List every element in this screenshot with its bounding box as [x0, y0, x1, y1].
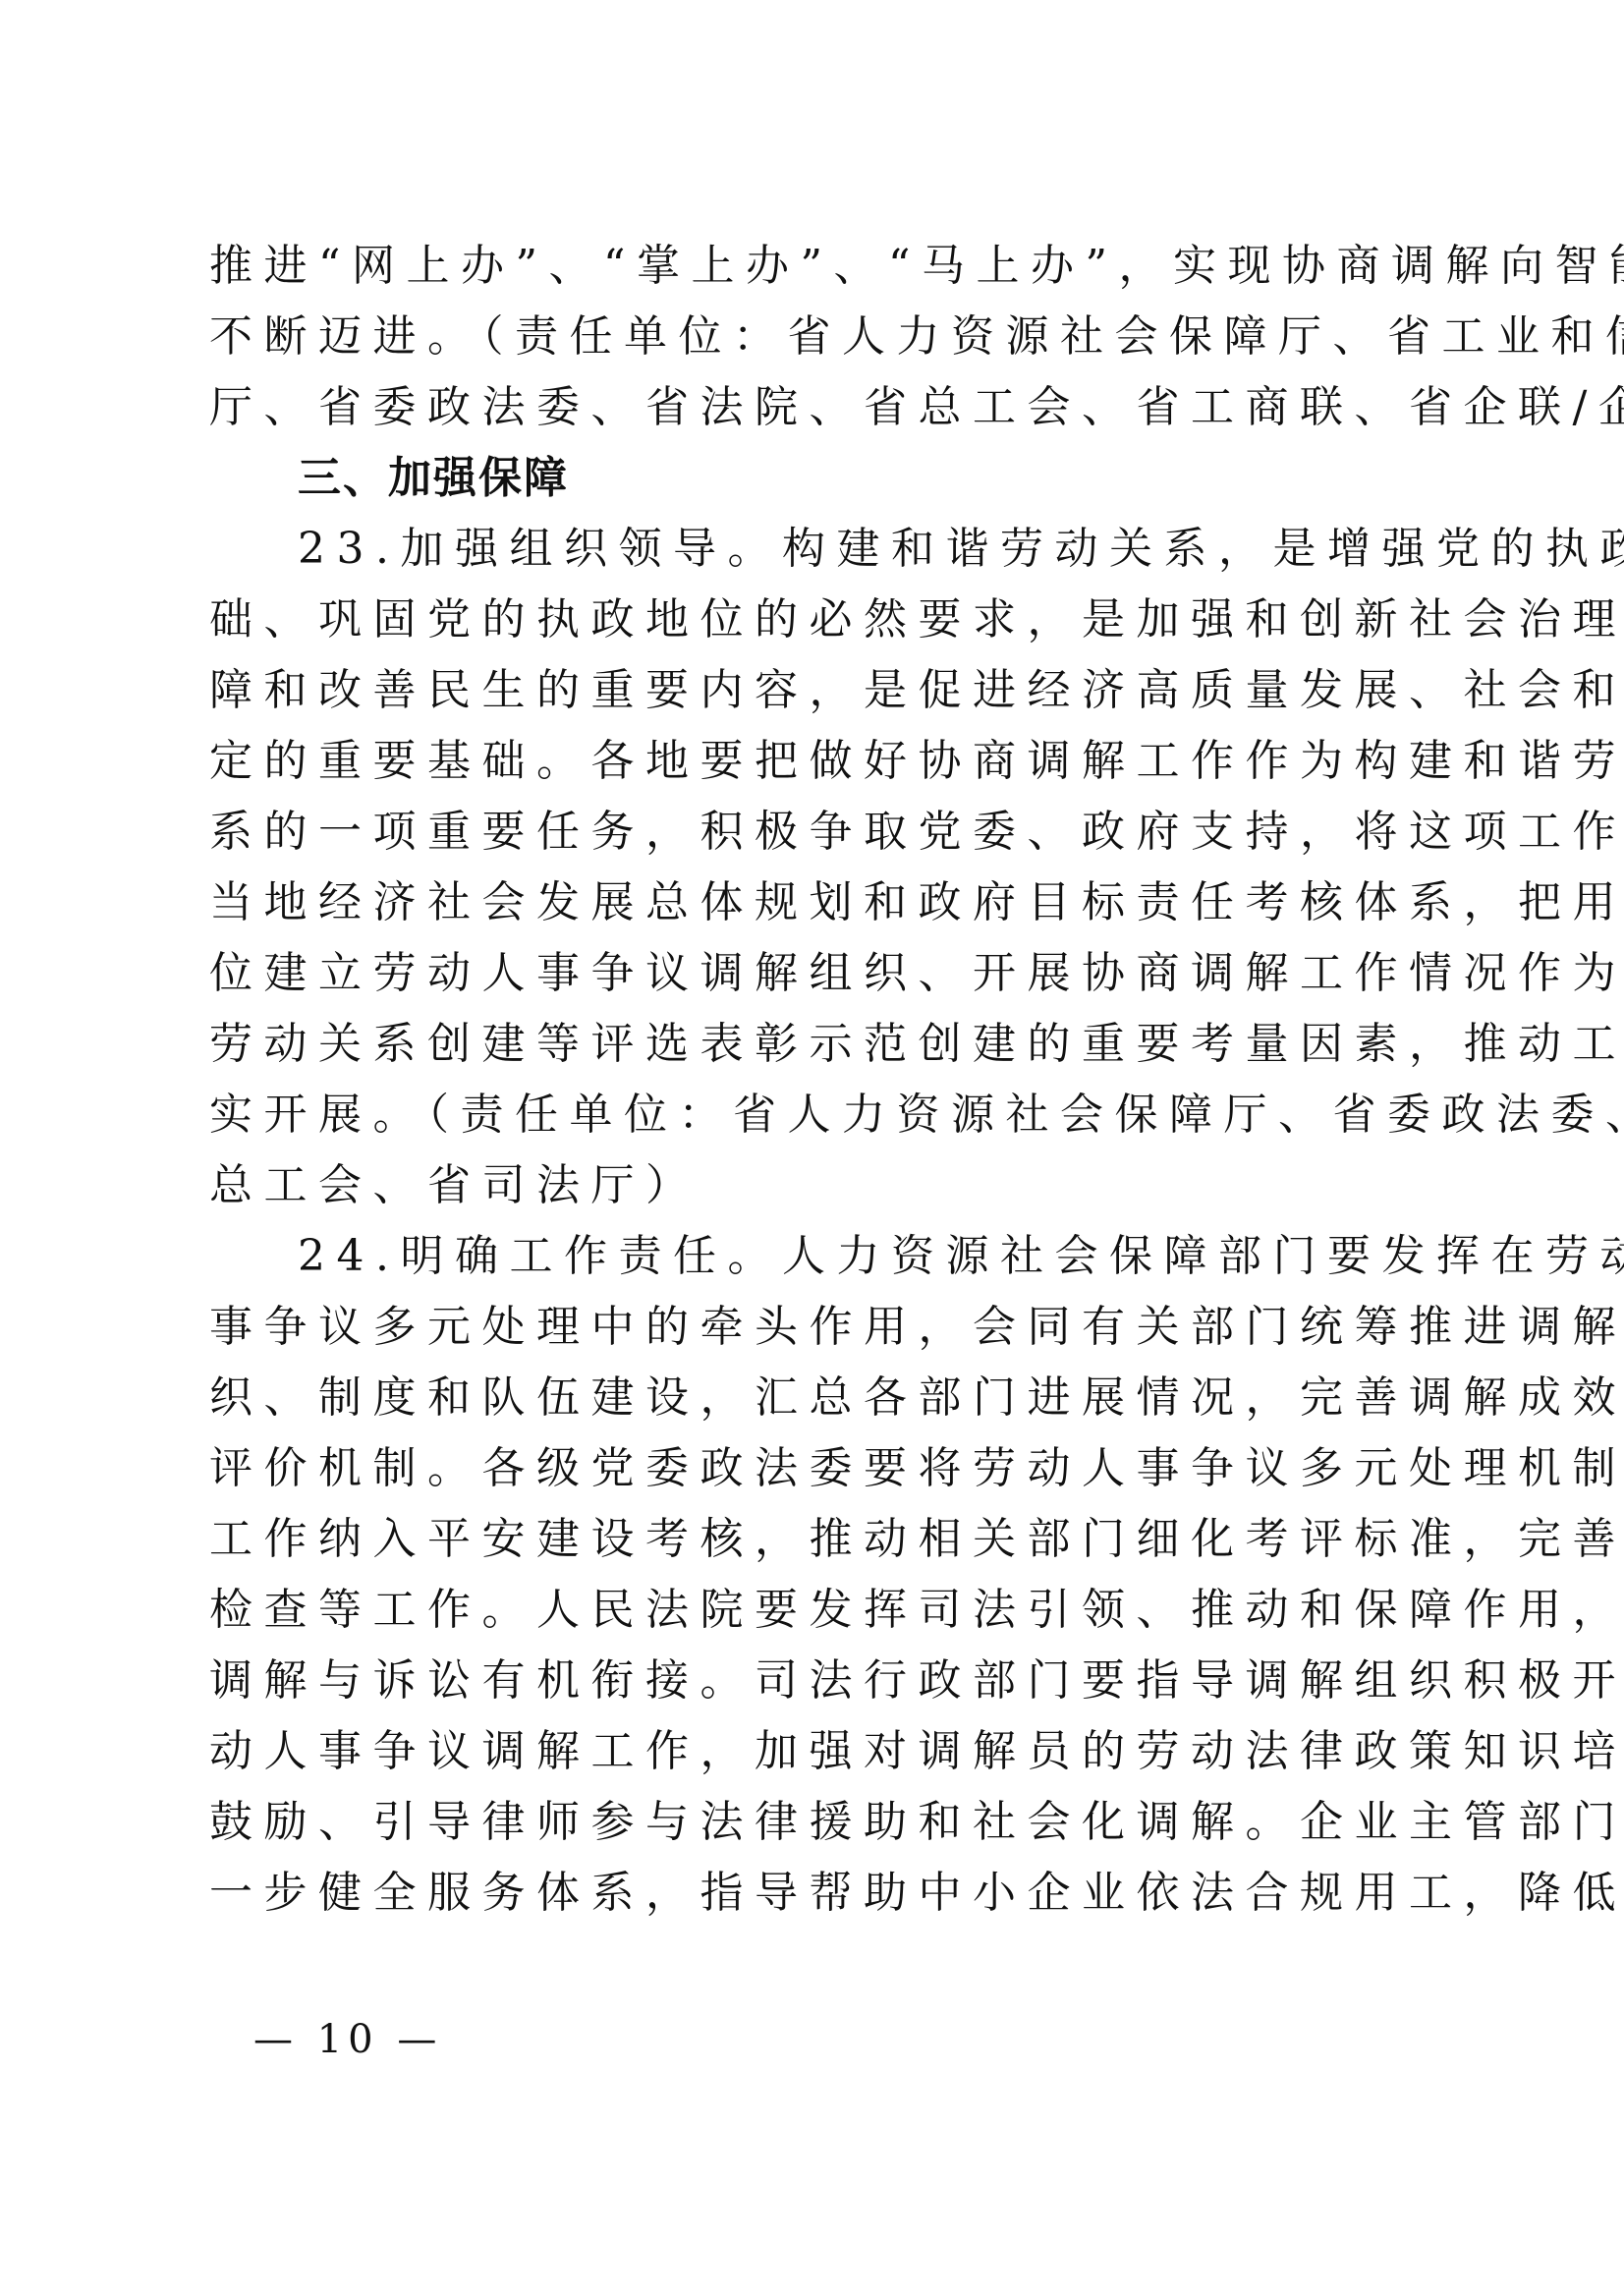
item-23-line: 系的一项重要任务，积极争取党委、政府支持，将这项工作纳入 [209, 797, 1428, 868]
item-24-line: 鼓励、引导律师参与法律援助和社会化调解。企业主管部门要进 [209, 1787, 1428, 1858]
item-23-line: 障和改善民生的重要内容，是促进经济高质量发展、社会和谐稳 [209, 655, 1428, 726]
body-line: 推进“网上办”、“掌上办”、“马上办”，实现协商调解向智能化 [209, 231, 1428, 302]
item-23-line: 总工会、省司法厅） [209, 1150, 1428, 1221]
item-23-line: 位建立劳动人事争议调解组织、开展协商调解工作情况作为和谐 [209, 938, 1428, 1009]
body-line: 厅、省委政法委、省法院、省总工会、省工商联、省企联/企协） [209, 372, 1428, 443]
item-24-line: 动人事争议调解工作，加强对调解员的劳动法律政策知识培训， [209, 1716, 1428, 1787]
item-23-line: 定的重要基础。各地要把做好协商调解工作作为构建和谐劳动关 [209, 726, 1428, 797]
item-23-line: 劳动关系创建等评选表彰示范创建的重要考量因素，推动工作扎 [209, 1009, 1428, 1080]
item-24-line: 调解与诉讼有机衔接。司法行政部门要指导调解组织积极开展劳 [209, 1646, 1428, 1716]
item-24-line: 检查等工作。人民法院要发挥司法引领、推动和保障作用，加强 [209, 1575, 1428, 1646]
section-heading: 三、加强保障 [298, 443, 569, 514]
item-24-line: 一步健全服务体系，指导帮助中小企业依法合规用工，降低用工 [209, 1858, 1428, 1929]
body-line: 不断迈进。（责任单位：省人力资源社会保障厅、省工业和信息化 [209, 302, 1428, 372]
page-number: — 10 — [253, 2010, 442, 2069]
item-24-line: 24.明确工作责任。人力资源社会保障部门要发挥在劳动人 [298, 1221, 1428, 1292]
item-23-line: 当地经济社会发展总体规划和政府目标责任考核体系，把用人单 [209, 868, 1428, 938]
document-page: 推进“网上办”、“掌上办”、“马上办”，实现协商调解向智能化 不断迈进。（责任单… [0, 0, 1624, 2295]
item-24-line: 评价机制。各级党委政法委要将劳动人事争议多元处理机制建设 [209, 1433, 1428, 1504]
item-24-line: 工作纳入平安建设考核，推动相关部门细化考评标准，完善督导 [209, 1504, 1428, 1575]
item-23-line: 23.加强组织领导。构建和谐劳动关系，是增强党的执政基 [298, 514, 1428, 585]
item-24-line: 织、制度和队伍建设，汇总各部门进展情况，完善调解成效考核 [209, 1363, 1428, 1433]
item-23-line: 础、巩固党的执政地位的必然要求，是加强和创新社会治理、保 [209, 585, 1428, 655]
item-24-line: 事争议多元处理中的牵头作用，会同有关部门统筹推进调解组 [209, 1292, 1428, 1363]
item-23-line: 实开展。（责任单位：省人力资源社会保障厅、省委政法委、省 [209, 1080, 1428, 1150]
